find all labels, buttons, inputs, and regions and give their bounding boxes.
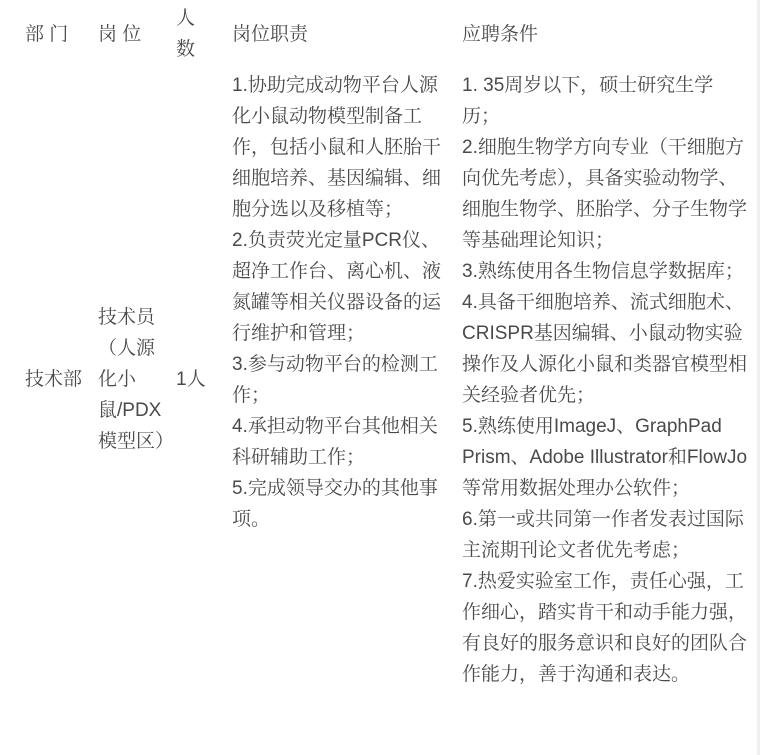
recruitment-table: 部 门 岗 位 人数 岗位职责 应聘条件 技术部 技术员（人源化小鼠/PDX模型… (0, 0, 760, 690)
cell-position: 技术员（人源化小鼠/PDX模型区） (98, 68, 176, 690)
cell-headcount: 1人 (176, 68, 232, 690)
header-headcount: 人数 (176, 0, 232, 68)
duty-item: 5.完成领导交办的其他事项。 (232, 473, 448, 535)
position-value: 技术员（人源化小鼠/PDX模型区） (98, 302, 166, 457)
header-position: 岗 位 (98, 0, 176, 68)
duty-item: 2.负责荧光定量PCR仪、超净工作台、离心机、液氮罐等相关仪器设备的运行维护和管… (232, 225, 448, 349)
requirement-item: 2.细胞生物学方向专业（干细胞方向优先考虑），具备实验动物学、细胞生物学、胚胎学… (462, 132, 750, 256)
header-headcount-label: 人数 (176, 3, 210, 65)
recruitment-table-page: 部 门 岗 位 人数 岗位职责 应聘条件 技术部 技术员（人源化小鼠/PDX模型… (0, 0, 760, 755)
header-department: 部 门 (25, 0, 98, 68)
requirement-item: 5.熟练使用ImageJ、GraphPad Prism、Adobe Illust… (462, 411, 750, 504)
cell-department: 技术部 (25, 68, 98, 690)
department-value: 技术部 (25, 364, 82, 395)
duty-item: 1.协助完成动物平台人源化小鼠动物模型制备工作，包括小鼠和人胚胎干细胞培养、基因… (232, 70, 448, 225)
cell-requirements: 1. 35周岁以下，硕士研究生学历； 2.细胞生物学方向专业（干细胞方向优先考虑… (462, 68, 760, 690)
header-duties: 岗位职责 (232, 0, 462, 68)
requirement-item: 1. 35周岁以下，硕士研究生学历； (462, 70, 750, 132)
cell-duties: 1.协助完成动物平台人源化小鼠动物模型制备工作，包括小鼠和人胚胎干细胞培养、基因… (232, 68, 462, 690)
requirement-item: 3.熟练使用各生物信息学数据库； (462, 256, 750, 287)
duty-item: 3.参与动物平台的检测工作； (232, 349, 448, 411)
duty-item: 4.承担动物平台其他相关科研辅助工作； (232, 411, 448, 473)
requirement-item: 7.热爱实验室工作，责任心强，工作细心，踏实肯干和动手能力强，有良好的服务意识和… (462, 566, 750, 690)
headcount-value: 1人 (176, 364, 210, 395)
header-requirements: 应聘条件 (462, 0, 760, 68)
requirement-item: 4.具备干细胞培养、流式细胞术、CRISPR基因编辑、小鼠动物实验操作及人源化小… (462, 287, 750, 411)
requirement-item: 6.第一或共同第一作者发表过国际主流期刊论文者优先考虑； (462, 504, 750, 566)
